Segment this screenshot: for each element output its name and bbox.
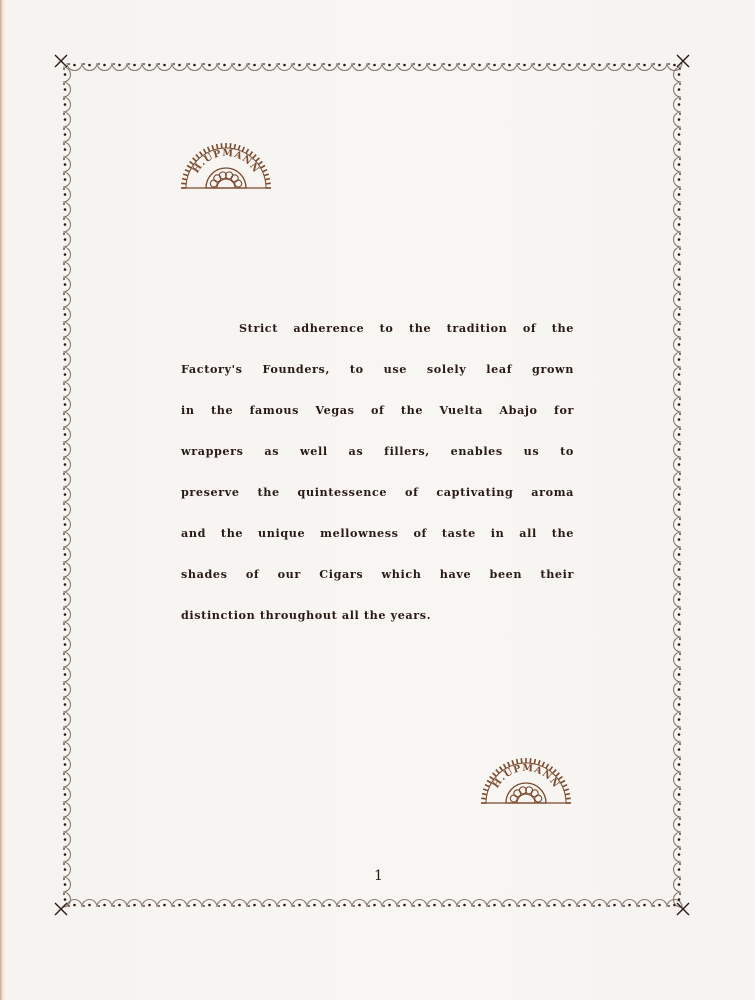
text-line: Strict adherence to the tradition of the — [181, 318, 574, 359]
svg-text:H.UPMANN: H.UPMANN — [190, 148, 261, 176]
text-line: distinction throughout all the years. — [181, 605, 574, 646]
svg-text:H.UPMANN: H.UPMANN — [490, 763, 561, 791]
upmann-logo-top: H.UPMANN — [180, 140, 272, 192]
upmann-logo-bottom: H.UPMANN — [480, 755, 572, 807]
text-line: Factory's Founders, to use solely leaf g… — [181, 359, 574, 400]
text-line: wrappers as well as fillers, enables us … — [181, 441, 574, 482]
body-text: Strict adherence to the tradition of the… — [181, 318, 574, 646]
text-line: preserve the quintessence of captivating… — [181, 482, 574, 523]
text-line: in the famous Vegas of the Vuelta Abajo … — [181, 400, 574, 441]
document-page: H.UPMANN Strict adherence to the traditi… — [0, 0, 755, 1000]
text-line: and the unique mellowness of taste in al… — [181, 523, 574, 564]
page-number: 1 — [374, 868, 383, 884]
text-line: shades of our Cigars which have been the… — [181, 564, 574, 605]
